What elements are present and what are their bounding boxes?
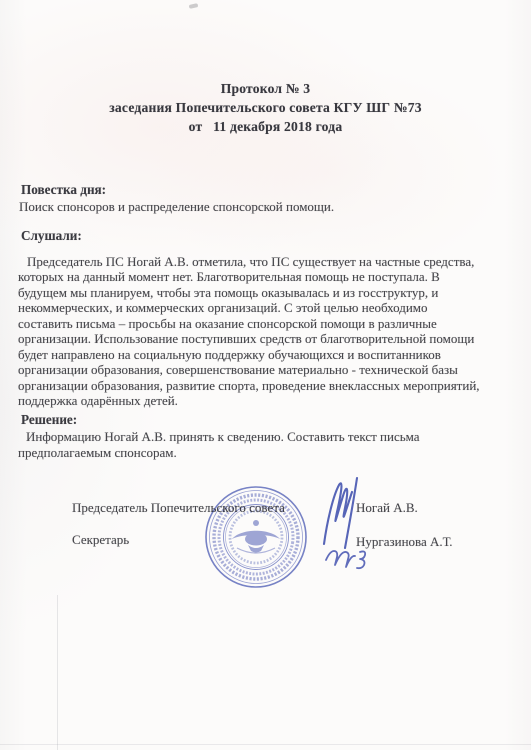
heard-line: будущем мы планируем, чтобы эта помощь о…: [18, 285, 514, 300]
document-title: Протокол № 3 заседания Попечительского с…: [0, 79, 531, 136]
heard-line: которых на данный момент нет. Благотвори…: [18, 269, 514, 284]
agenda-heading: Повестка дня:: [21, 182, 106, 198]
handwritten-signature-ink: [298, 470, 378, 580]
scan-smudge: [189, 3, 199, 9]
agenda-text: Поиск спонсоров и распределение спонсорс…: [19, 199, 334, 215]
title-line-3: от 11 декабря 2018 года: [0, 117, 531, 136]
heard-line: поддержка одарённых детей.: [18, 393, 514, 408]
heard-line: организации образования, развитие спорта…: [18, 378, 514, 393]
heard-paragraph: Председатель ПС Ногай А.В. отметила, что…: [18, 254, 514, 409]
heard-line: некоммерческих, и коммерческих организац…: [18, 300, 514, 315]
heard-line: составить письма – просьбы на оказание с…: [18, 316, 514, 331]
decision-heading: Решение:: [21, 412, 77, 428]
signature-role: Секретарь: [72, 532, 129, 547]
heard-line: Председатель ПС Ногай А.В. отметила, что…: [18, 254, 514, 269]
scan-edge-line: [0, 744, 531, 745]
heard-line: организации образования, совершенствован…: [18, 362, 514, 377]
title-line-2: заседания Попечительского совета КГУ ШГ …: [0, 98, 531, 117]
decision-line: Информацию Ногай А.В. принять к сведению…: [18, 429, 514, 445]
heard-line: будет направлено на социальную поддержку…: [18, 347, 514, 362]
decision-line: предполагаемым спонсорам.: [18, 445, 514, 461]
decision-paragraph: Информацию Ногай А.В. принять к сведению…: [18, 429, 514, 460]
scanned-protocol-page: Протокол № 3 заседания Попечительского с…: [0, 0, 531, 750]
heard-line: организации. Использование поступивших с…: [18, 331, 514, 346]
title-line-1: Протокол № 3: [0, 79, 531, 98]
heard-heading: Слушали:: [21, 228, 82, 244]
scan-fold-line: [57, 595, 58, 750]
